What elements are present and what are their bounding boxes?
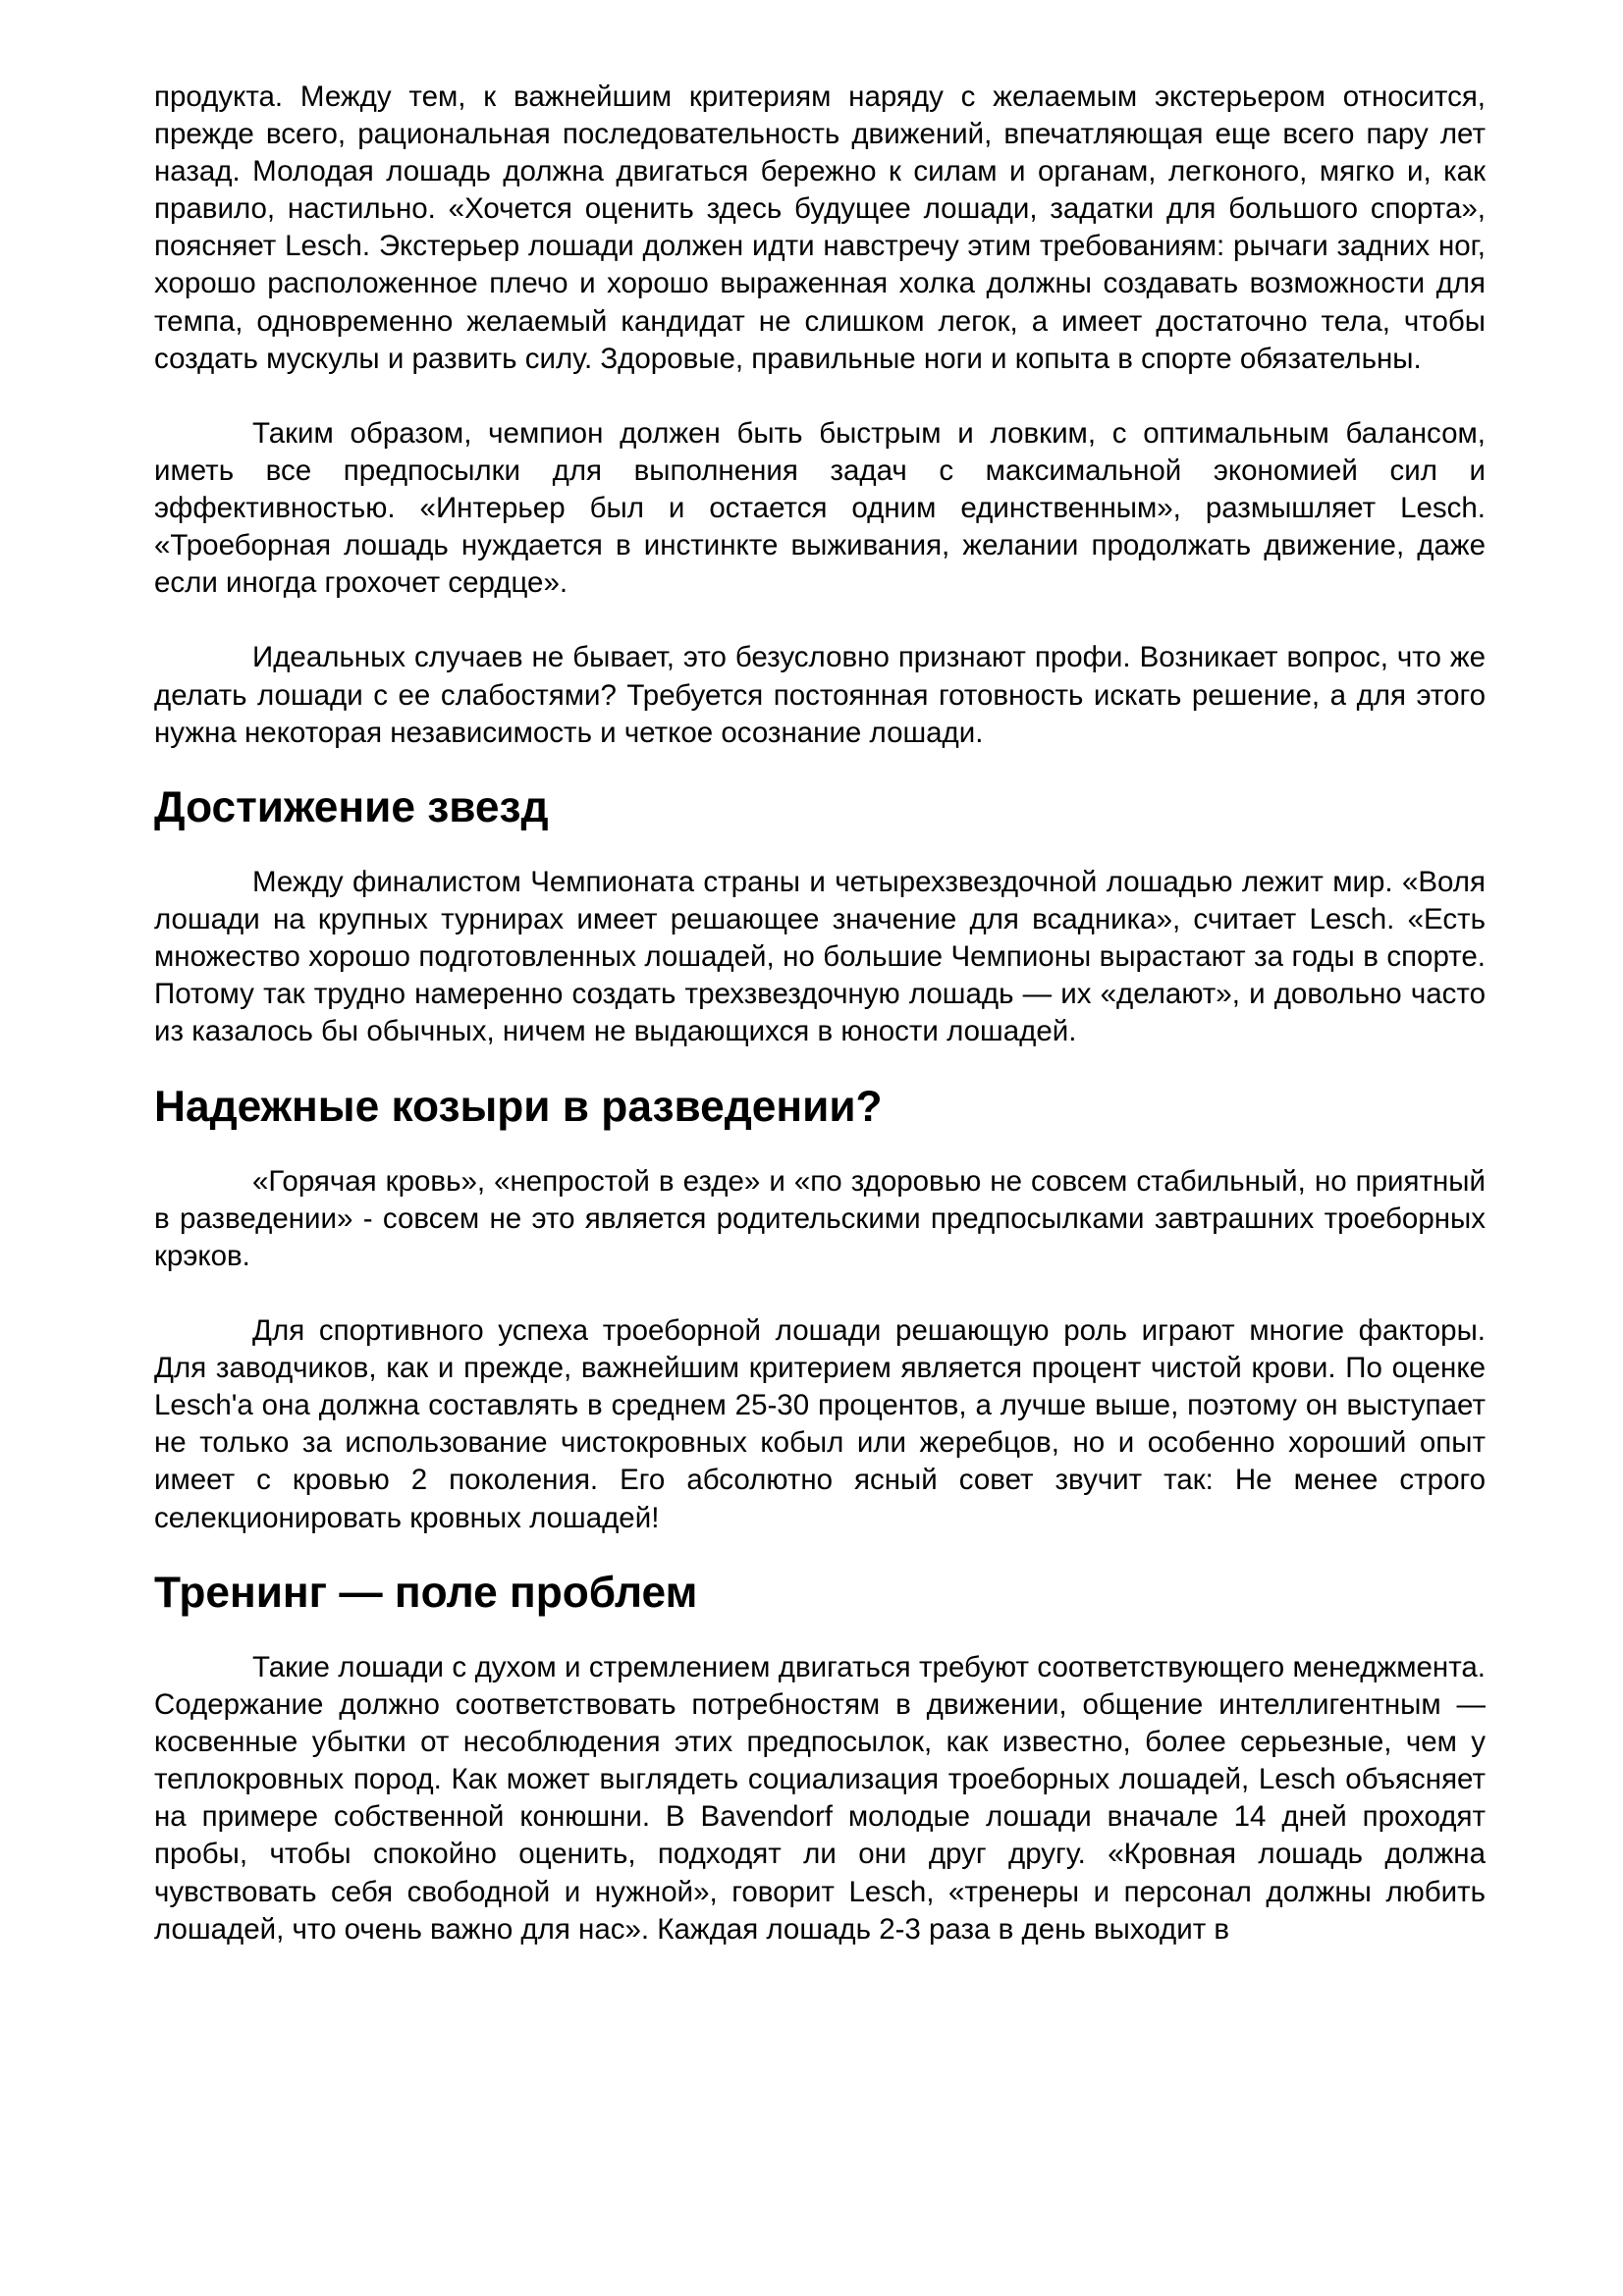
paragraph-ideal-cases: Идеальных случаев не бывает, это безусло… bbox=[154, 639, 1486, 751]
paragraph-finalist-vs-four-star: Между финалистом Чемпионата страны и чет… bbox=[154, 864, 1486, 1050]
section-heading-stars: Достижение звезд bbox=[154, 789, 1486, 827]
paragraph-hot-blood: «Горячая кровь», «непростой в езде» и «п… bbox=[154, 1163, 1486, 1275]
paragraph-management: Такие лошади с духом и стремлением двига… bbox=[154, 1649, 1486, 1949]
paragraph-champion-qualities: Таким образом, чемпион должен быть быстр… bbox=[154, 415, 1486, 602]
document-page: продукта. Между тем, к важнейшим критери… bbox=[154, 79, 1486, 1949]
section-heading-breeding: Надежные козыри в разведении? bbox=[154, 1089, 1486, 1126]
paragraph-exterior-criteria: продукта. Между тем, к важнейшим критери… bbox=[154, 79, 1486, 378]
section-heading-training: Тренинг — поле проблем bbox=[154, 1575, 1486, 1612]
paragraph-thoroughbred-percentage: Для спортивного успеха троеборной лошади… bbox=[154, 1312, 1486, 1537]
